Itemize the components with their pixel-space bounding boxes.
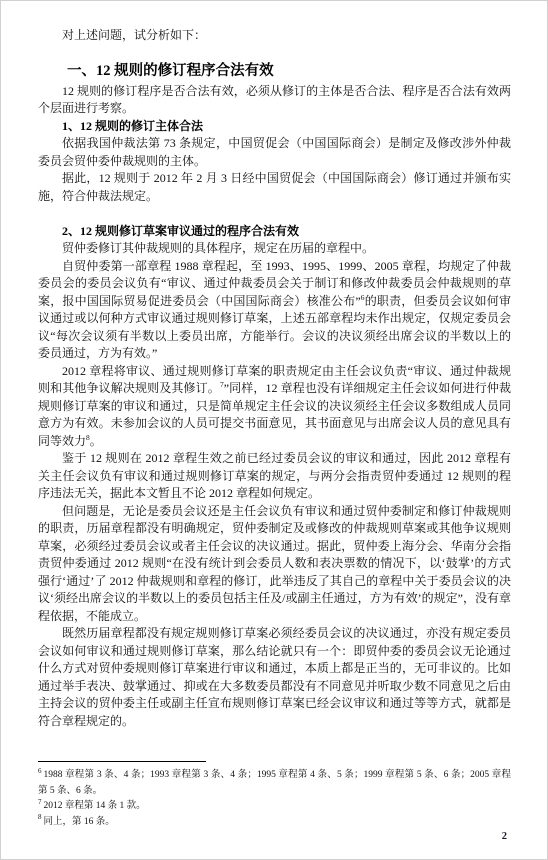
- footnote-8-number: 8: [38, 813, 42, 821]
- paragraph: 鉴于 12 规则在 2012 章程生效之前已经过委员会议的审议和通过，因此 20…: [38, 450, 511, 503]
- paragraph: 自贸仲委第一部章程 1988 章程起，至 1993、1995、1999、2005…: [38, 258, 511, 363]
- blank-line: [38, 205, 511, 223]
- paragraph: 依据我国仲裁法第 73 条规定，中国贸促会（中国国际商会）是制定及修改涉外仲裁委…: [38, 135, 511, 170]
- footnote-6-text: 1988 章程第 3 条、4 条；1993 章程第 3 条、4 条；1995 章…: [38, 770, 511, 796]
- paragraph: 据此，12 规则于 2012 年 2 月 3 日经中国贸促会（中国国际商会）修订…: [38, 170, 511, 205]
- footnote-7: 72012 章程第 14 条 1 款。: [38, 799, 511, 815]
- footnote-6-number: 6: [38, 767, 42, 775]
- subsection-1-heading: 1、12 规则的修订主体合法: [38, 118, 511, 136]
- paragraph: 贸仲委修订其仲裁规则的具体程序，规定在历届的章程中。: [38, 240, 511, 258]
- page-number: 2: [502, 831, 507, 842]
- footnote-6: 61988 章程第 3 条、4 条；1993 章程第 3 条、4 条；1995 …: [38, 768, 511, 799]
- section-lead-paragraph: 12 规则的修订程序是否合法有效，必须从修订的主体是否合法、程序是否合法有效两个…: [38, 83, 511, 118]
- paragraph: 既然历届章程都没有规定规则修订草案必须经委员会议的决议通过，亦没有规定委员会议如…: [38, 625, 511, 730]
- paragraph: 但问题是，无论是委员会议还是主任会议负有审议和通过贸仲委制定和修订仲裁规则的职责…: [38, 503, 511, 626]
- footnote-7-text: 2012 章程第 14 条 1 款。: [44, 801, 146, 811]
- section-heading: 一、12 规则的修订程序合法有效: [38, 61, 511, 81]
- subsection-2-heading: 2、12 规则修订草案审议通过的程序合法有效: [38, 223, 511, 241]
- paragraph: 2012 章程将审议、通过规则修订草案的职责规定由主任会议负责“审议、通过仲裁规…: [38, 363, 511, 451]
- footnote-8-text: 同上，第 16 条。: [44, 817, 115, 827]
- footnote-8: 8同上，第 16 条。: [38, 815, 511, 831]
- footnote-7-number: 7: [38, 798, 42, 806]
- intro-line: 对上述问题，试分析如下：: [38, 27, 511, 45]
- paragraph-text: 。: [90, 434, 102, 448]
- footnotes-section: 61988 章程第 3 条、4 条；1993 章程第 3 条、4 条；1995 …: [38, 761, 511, 830]
- footnote-separator-rule: [38, 761, 206, 762]
- document-page: 对上述问题，试分析如下： 一、12 规则的修订程序合法有效 12 规则的修订程序…: [0, 0, 548, 860]
